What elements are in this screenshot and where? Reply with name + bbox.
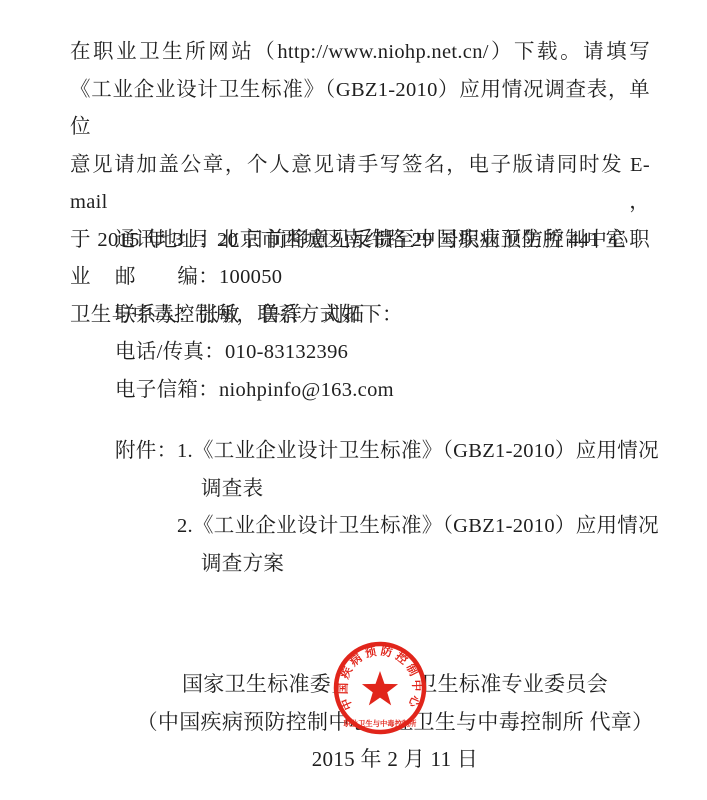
attachment-item: 2.《工业企业设计卫生标准》（GBZ1-2010）应用情况 调查方案 [177,508,660,583]
attachment-continuation: 调查方案 [177,546,660,584]
attachment-continuation: 调查表 [177,471,660,509]
contact-line: 邮 编：100050 [115,259,655,297]
contact-line: 通讯地址：北京市西城区南纬路 29 号职业卫生所 441 室 [115,222,655,260]
attachment-section: 附件： 1.《工业企业设计卫生标准》（GBZ1-2010）应用情况 调查表 2.… [115,433,660,583]
date-line: 2015 年 2 月 11 日 [90,741,700,779]
attachment-item-title: 1.《工业企业设计卫生标准》（GBZ1-2010）应用情况 [177,433,660,471]
contact-line: 电话/传真：010-83132396 [115,334,655,372]
document-page: 在职业卫生所网站（http://www.niohp.net.cn/）下载。请填写… [0,0,707,800]
attachment-item-number: 2. [177,515,193,537]
official-seal: 中国疾病预防控制中心 职业卫生与中毒控制所 [330,638,430,738]
contact-line: 联系人：张敏 鲁洋 刘拓 [115,297,655,335]
attachment-list: 1.《工业企业设计卫生标准》（GBZ1-2010）应用情况 调查表 2.《工业企… [177,433,660,583]
attachment-item-text: 《工业企业设计卫生标准》（GBZ1-2010）应用情况 [193,515,659,537]
attachment-item-title: 2.《工业企业设计卫生标准》（GBZ1-2010）应用情况 [177,508,660,546]
seal-bottom-text: 职业卫生与中毒控制所 [344,719,418,728]
contact-line: 电子信箱：niohpinfo@163.com [115,372,655,410]
attachment-item-number: 1. [177,440,193,462]
contact-block: 通讯地址：北京市西城区南纬路 29 号职业卫生所 441 室邮 编：100050… [115,222,655,410]
attachment-label: 附件： [115,433,177,471]
paragraph-line: 《工业企业设计卫生标准》（GBZ1-2010）应用情况调查表，单位 [70,72,650,147]
paragraph-line: 在职业卫生所网站（http://www.niohp.net.cn/）下载。请填写 [70,34,650,72]
attachment-item: 1.《工业企业设计卫生标准》（GBZ1-2010）应用情况 调查表 [177,433,660,508]
attachment-item-text: 《工业企业设计卫生标准》（GBZ1-2010）应用情况 [193,440,659,462]
paragraph-line: 意见请加盖公章，个人意见请手写签名，电子版请同时发 E-mail， [70,147,650,222]
